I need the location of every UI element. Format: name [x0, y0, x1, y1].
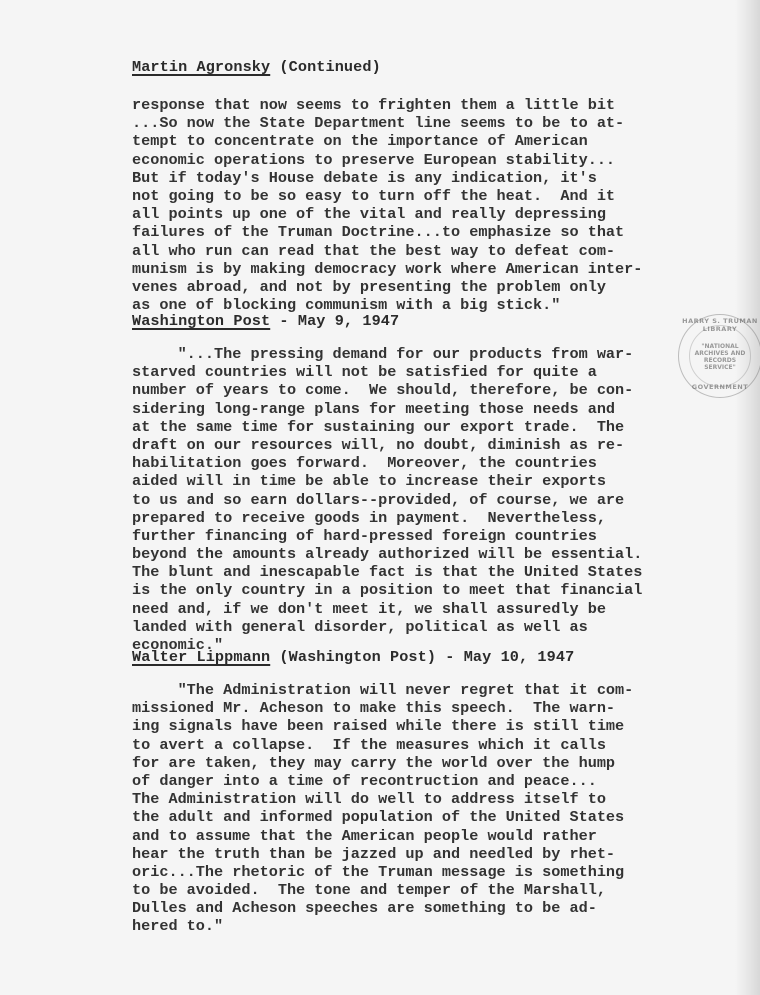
heading-source-name: Washington Post — [132, 312, 270, 330]
stamp-center-text: "NATIONALARCHIVES ANDRECORDSSERVICE" — [679, 343, 760, 371]
archive-stamp: HARRY S. TRUMAN LIBRARY "NATIONALARCHIVE… — [678, 314, 760, 398]
text-line: venes abroad, and not by presenting the … — [132, 278, 642, 296]
text-line: prepared to receive goods in payment. Ne… — [132, 509, 642, 527]
section-heading-washington-post: Washington Post - May 9, 1947 — [132, 312, 399, 330]
text-line: But if today's House debate is any indic… — [132, 169, 642, 187]
text-line: beyond the amounts already authorized wi… — [132, 545, 642, 563]
section-body-washington-post: "...The pressing demand for our products… — [132, 345, 642, 654]
text-line: oric...The rhetoric of the Truman messag… — [132, 863, 633, 881]
text-line: need and, if we don't meet it, we shall … — [132, 600, 642, 618]
text-line: all who run can read that the best way t… — [132, 242, 642, 260]
heading-detail: - May 9, 1947 — [270, 312, 399, 330]
section-body-lippmann: "The Administration will never regret th… — [132, 681, 633, 936]
stamp-text-line: RECORDS — [679, 357, 760, 364]
text-line: tempt to concentrate on the importance o… — [132, 132, 642, 150]
text-line: The Administration will do well to addre… — [132, 790, 633, 808]
text-line: for are taken, they may carry the world … — [132, 754, 633, 772]
text-line: economic operations to preserve European… — [132, 151, 642, 169]
text-line: to avert a collapse. If the measures whi… — [132, 736, 633, 754]
heading-detail: (Washington Post) - May 10, 1947 — [270, 648, 574, 666]
section-body-agronsky: response that now seems to frighten them… — [132, 96, 642, 314]
text-line: "The Administration will never regret th… — [132, 681, 633, 699]
text-line: missioned Mr. Acheson to make this speec… — [132, 699, 633, 717]
text-line: munism is by making democracy work where… — [132, 260, 642, 278]
document-page: Martin Agronsky (Continued) response tha… — [0, 0, 760, 995]
text-line: at the same time for sustaining our expo… — [132, 418, 642, 436]
heading-source-name: Walter Lippmann — [132, 648, 270, 666]
text-line: further financing of hard-pressed foreig… — [132, 527, 642, 545]
text-line: The blunt and inescapable fact is that t… — [132, 563, 642, 581]
text-line: and to assume that the American people w… — [132, 827, 633, 845]
text-line: of danger into a time of recontruction a… — [132, 772, 633, 790]
heading-detail: (Continued) — [270, 58, 381, 76]
text-line: to be avoided. The tone and temper of th… — [132, 881, 633, 899]
stamp-text-line: SERVICE" — [679, 364, 760, 371]
stamp-rim-top: HARRY S. TRUMAN LIBRARY — [679, 317, 760, 333]
text-line: ing signals have been raised while there… — [132, 717, 633, 735]
text-line: aided will in time be able to increase t… — [132, 472, 642, 490]
stamp-rim-bottom: GOVERNMENT — [679, 383, 760, 391]
stamp-text-line: "NATIONAL — [679, 343, 760, 350]
text-line: hear the truth than be jazzed up and nee… — [132, 845, 633, 863]
text-line: all points up one of the vital and reall… — [132, 205, 642, 223]
text-line: Dulles and Acheson speeches are somethin… — [132, 899, 633, 917]
text-line: draft on our resources will, no doubt, d… — [132, 436, 642, 454]
section-heading-agronsky: Martin Agronsky (Continued) — [132, 58, 381, 76]
heading-source-name: Martin Agronsky — [132, 58, 270, 76]
text-line: ...So now the State Department line seem… — [132, 114, 642, 132]
text-line: hered to." — [132, 917, 633, 935]
text-line: starved countries will not be satisfied … — [132, 363, 642, 381]
text-line: number of years to come. We should, ther… — [132, 381, 642, 399]
text-line: response that now seems to frighten them… — [132, 96, 642, 114]
stamp-text-line: ARCHIVES AND — [679, 350, 760, 357]
text-line: the adult and informed population of the… — [132, 808, 633, 826]
text-line: failures of the Truman Doctrine...to emp… — [132, 223, 642, 241]
text-line: to us and so earn dollars--provided, of … — [132, 491, 642, 509]
text-line: landed with general disorder, political … — [132, 618, 642, 636]
text-line: is the only country in a position to mee… — [132, 581, 642, 599]
text-line: sidering long-range plans for meeting th… — [132, 400, 642, 418]
text-line: habilitation goes forward. Moreover, the… — [132, 454, 642, 472]
text-line: not going to be so easy to turn off the … — [132, 187, 642, 205]
text-line: "...The pressing demand for our products… — [132, 345, 642, 363]
section-heading-lippmann: Walter Lippmann (Washington Post) - May … — [132, 648, 574, 666]
